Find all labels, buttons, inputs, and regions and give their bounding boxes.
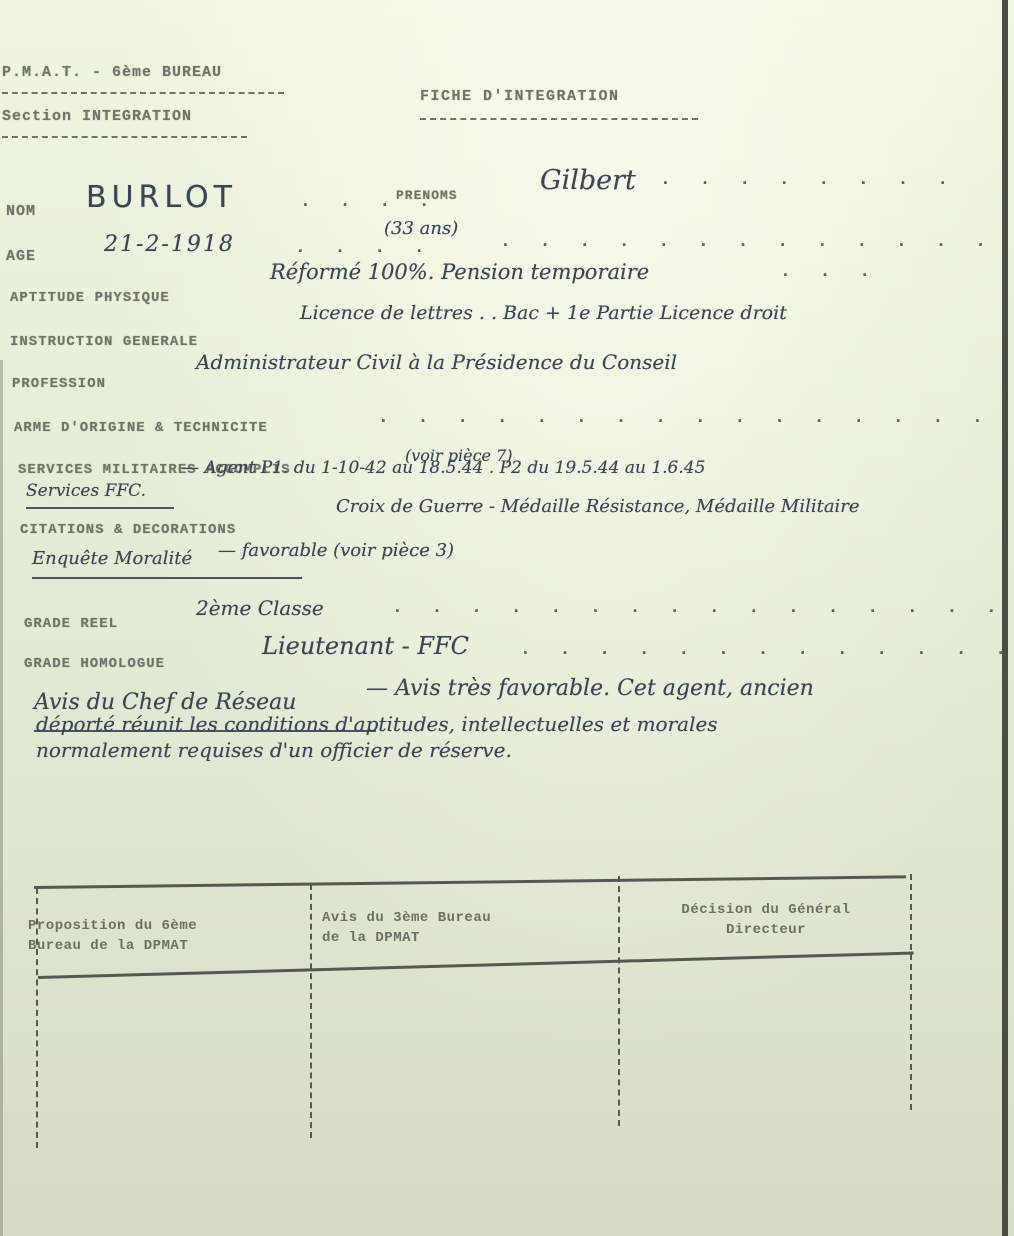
document-page: P.M.A.T. - 6ème BUREAU Section INTEGRATI… — [0, 0, 1008, 1236]
age-label: AGE — [6, 248, 36, 265]
citations-label: CITATIONS & DECORATIONS — [20, 522, 236, 538]
table-header-proposition: Proposition du 6ème Bureau de la DPMAT — [28, 916, 197, 956]
table-header-decision: Décision du Général Directeur — [636, 900, 896, 940]
page-edge-left — [0, 360, 3, 1236]
citations-value: Croix de Guerre - Médaille Résistance, M… — [336, 496, 860, 517]
age-dots-2: . . . . . . . . . . . . . . . — [500, 232, 1014, 252]
header-rule-2 — [2, 136, 247, 138]
header-line-1: Décision du Général — [636, 900, 896, 920]
header-rule-1 — [2, 92, 284, 94]
nom-value: BURLOT — [86, 180, 237, 215]
document-title: FICHE D'INTEGRATION — [420, 88, 620, 105]
age-dots: . . . . — [295, 238, 434, 258]
grade-reel-dots: . . . . . . . . . . . . . . . . . . . — [392, 598, 1014, 618]
profession-label: PROFESSION — [12, 376, 106, 392]
title-rule — [420, 118, 698, 120]
grade-reel-label: GRADE REEL — [24, 616, 118, 632]
enquete-label: Enquête Moralité — [32, 548, 192, 569]
prenoms-label: PRENOMS — [396, 188, 458, 203]
table-col-rule-1 — [310, 884, 312, 1138]
instruction-value: Licence de lettres . . Bac + 1e Partie L… — [300, 302, 787, 324]
page-edge-shadow — [1002, 0, 1008, 1236]
aptitude-value: Réformé 100%. Pension temporaire — [270, 260, 649, 284]
table-col-rule-2 — [618, 876, 620, 1126]
header-line-1: Proposition du 6ème — [28, 916, 197, 936]
section-header: Section INTEGRATION — [2, 108, 192, 125]
instruction-label: INSTRUCTION GENERALE — [10, 334, 198, 350]
grade-homologue-value: Lieutenant - FFC — [262, 632, 469, 660]
header-line-2: Directeur — [636, 920, 896, 940]
aptitude-label: APTITUDE PHYSIQUE — [10, 290, 170, 306]
grade-reel-value: 2ème Classe — [196, 596, 324, 620]
header-line-2: Bureau de la DPMAT — [28, 936, 197, 956]
prenoms-value: Gilbert — [540, 165, 636, 196]
avis-chef-line1: — Avis très favorable. Cet agent, ancien — [366, 676, 814, 701]
table-header-avis-3eme: Avis du 3ème Bureau de la DPMAT — [322, 908, 491, 948]
arme-dots: . . . . . . . . . . . . . . . . . . . — [378, 408, 1014, 428]
aptitude-dots: . . . — [780, 262, 879, 282]
header-line-2: de la DPMAT — [322, 928, 491, 948]
services-ffc-label: Services FFC. — [26, 481, 146, 501]
grade-homologue-dots: . . . . . . . . . . . . . . . — [520, 640, 1014, 660]
prenoms-dots: . . . . . . . . — [660, 170, 957, 190]
profession-value: Administrateur Civil à la Présidence du … — [196, 350, 677, 374]
office-header: P.M.A.T. - 6ème BUREAU — [2, 64, 222, 81]
nom-label: NOM — [6, 203, 36, 220]
age-note: (33 ans) — [384, 218, 458, 239]
services-ffc-underline — [26, 507, 174, 509]
enquete-value: — favorable (voir pièce 3) — [218, 540, 454, 561]
grade-homologue-label: GRADE HOMOLOGUE — [24, 656, 165, 672]
table-top-rule — [34, 875, 906, 889]
enquete-underline — [32, 577, 302, 579]
services-ffc-value: — Agent P1. du 1-10-42 au 18.5.44 . P2 d… — [182, 458, 705, 478]
table-col-rule-3 — [910, 874, 912, 1110]
avis-chef-line2: déporté réunit les conditions d'aptitude… — [36, 712, 718, 736]
arme-label: ARME D'ORIGINE & TECHNICITE — [14, 420, 268, 436]
header-line-1: Avis du 3ème Bureau — [322, 908, 491, 928]
age-value: 21-2-1918 — [104, 232, 235, 257]
avis-chef-line3: normalement requises d'un officier de ré… — [36, 738, 512, 762]
